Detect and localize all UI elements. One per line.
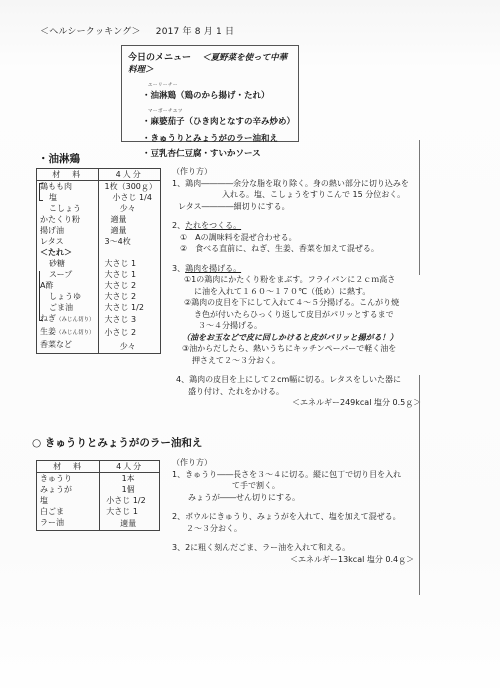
table-row: レタス3～4枚 xyxy=(37,236,161,247)
col-header-ingredient: 材 料 xyxy=(37,461,100,473)
method-heading: （作り方） xyxy=(172,457,414,469)
step-heading: 鶏肉を揚げる。 xyxy=(185,264,241,273)
table-row: 塩小さじ 1/2 xyxy=(37,495,160,506)
step-heading: たれをつくる。 xyxy=(185,221,241,230)
menu-box: 今日のメニュー ＜夏野菜を使って中華料理＞ ユーリーチー ・油淋鶏（鶏のから揚げ… xyxy=(121,45,299,142)
recipe-page: ＜ヘルシークッキング＞ 2017 年 8 月 1 日 今日のメニュー ＜夏野菜を… xyxy=(0,0,500,688)
table-row: A酢大さじ 2 xyxy=(37,280,161,291)
table-row: 塩小さじ 1/4 xyxy=(37,192,161,203)
col-header-ingredient: 材 料 xyxy=(37,169,99,181)
tip-note: （油をお玉などで皮に回しかけると皮がパリッと揚がる！） xyxy=(172,332,421,344)
recipe2-ingredients-table: 材 料 4人分 きゅうり1本 みょうが1個 塩小さじ 1/2 白ごま大さじ 1 … xyxy=(36,460,160,531)
menu-item: ・豆乳杏仁豆腐・すいかソース xyxy=(142,147,292,159)
menu-item: ・きゅうりとみょうがのラー油和え xyxy=(142,132,292,144)
recipe2-title: ○ きゅうりとみょうがのラー油和え xyxy=(32,435,202,450)
nutrition-info: ＜エネルギー13kcal 塩分 0.4ｇ＞ xyxy=(172,554,414,566)
table-row: 生姜（みじん切り）小さじ 2 xyxy=(37,326,161,339)
table-row: こしょう少々 xyxy=(37,203,161,214)
col-header-servings: 4人分 xyxy=(100,461,160,473)
page-edge-line xyxy=(419,375,420,595)
date: 2017 年 8 月 1 日 xyxy=(156,27,234,37)
nutrition-info: ＜エネルギー249kcal 塩分 0.5ｇ＞ xyxy=(172,397,421,409)
table-row: 鶏もも肉1枚（300ｇ） xyxy=(37,181,161,193)
col-header-servings: 4人分 xyxy=(98,169,160,181)
method-heading: （作り方） xyxy=(172,166,421,178)
page-edge-line xyxy=(419,140,420,275)
menu-item: マーボーチエツ ・麻婆茄子（ひき肉となすの辛み炒め） xyxy=(142,115,292,127)
table-row: スープ大さじ 1 xyxy=(37,269,161,280)
recipe1-title: ・油淋鶏 xyxy=(38,151,80,166)
table-row: ごま油大さじ 1/2 xyxy=(37,302,161,313)
table-row: しょうゆ大さじ 2 xyxy=(37,291,161,302)
table-row: ねぎ（みじん切り）大さじ 3 xyxy=(37,313,161,326)
table-row: きゅうり1本 xyxy=(37,473,160,485)
table-row: 白ごま大さじ 1 xyxy=(37,506,160,517)
menu-title: 今日のメニュー ＜夏野菜を使って中華料理＞ xyxy=(128,50,292,75)
table-row: ＜たれ＞ xyxy=(37,247,161,258)
table-row: 揚げ油適量 xyxy=(37,225,161,236)
page-header: ＜ヘルシークッキング＞ 2017 年 8 月 1 日 xyxy=(40,24,234,37)
menu-item: ユーリーチー ・油淋鶏（鶏のから揚げ・たれ） xyxy=(142,89,292,101)
table-row: ラー油適量 xyxy=(37,517,160,531)
table-row: みょうが1個 xyxy=(37,484,160,495)
recipe2-method: （作り方） 1、きゅうり――長さを３～４に切る。縦に包丁で切り目を入れ て手で割… xyxy=(172,457,414,565)
bracket-sauce-a xyxy=(39,271,43,321)
bracket-salt-pepper xyxy=(39,183,43,201)
recipe1-method: （作り方） 1、鶏肉――――余分な脂を取り除く。身の熱い部分に切り込みを 入れる… xyxy=(172,166,421,409)
table-row: かたくり粉適量 xyxy=(37,214,161,225)
series-title: ＜ヘルシークッキング＞ xyxy=(40,27,141,37)
ruby-annotation: ユーリーチー xyxy=(148,82,178,88)
table-row: 香菜など少々 xyxy=(37,339,161,354)
table-row: 砂糖大さじ 1 xyxy=(37,258,161,269)
ruby-annotation: マーボーチエツ xyxy=(148,108,183,114)
recipe1-ingredients-table: 材 料 4人分 鶏もも肉1枚（300ｇ） 塩小さじ 1/4 こしょう少々 かたく… xyxy=(36,168,161,354)
